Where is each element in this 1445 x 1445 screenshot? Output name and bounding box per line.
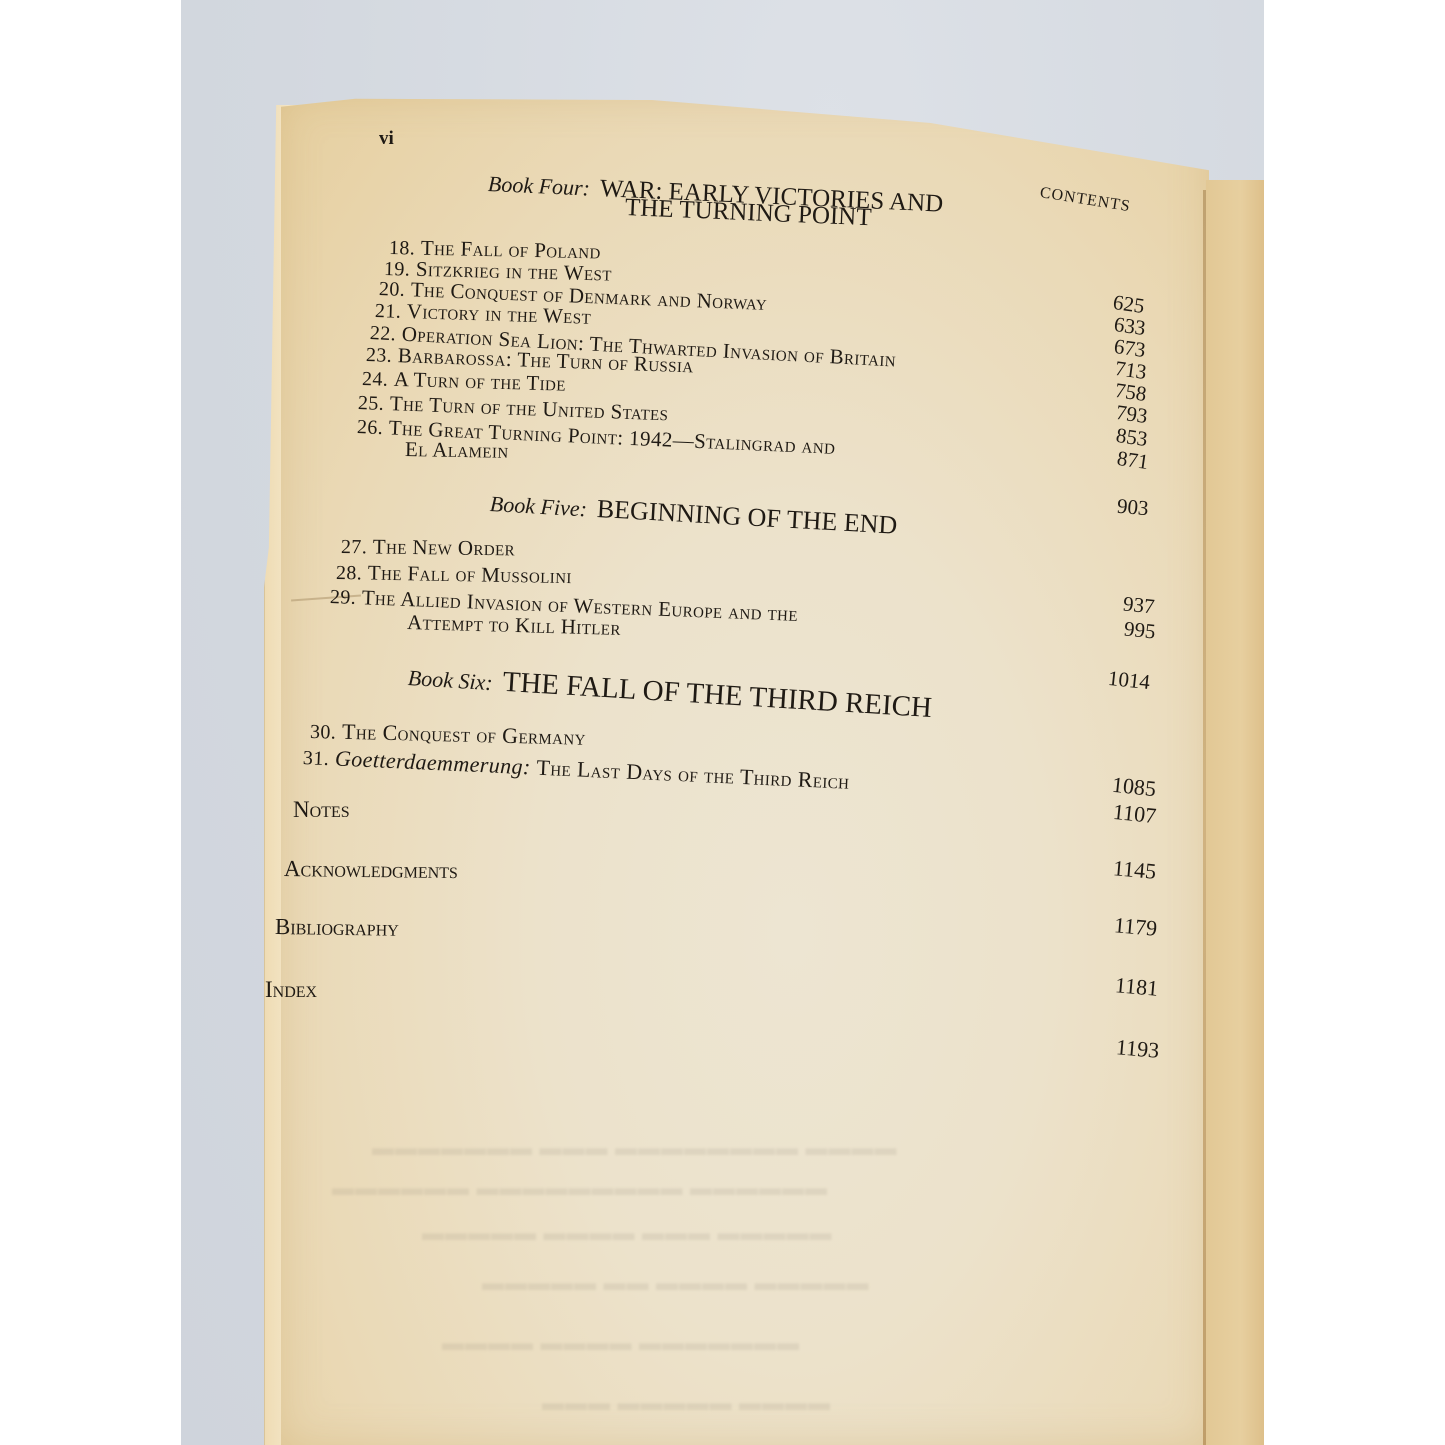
page-number: 1107	[1112, 799, 1158, 829]
page-number: 1145	[1112, 855, 1157, 885]
toc-entry-index[interactable]: Index	[265, 977, 317, 1003]
page-number: 1179	[1113, 912, 1158, 942]
book-gutter	[1203, 190, 1206, 1445]
toc-entry[interactable]: 27. The New Order	[341, 534, 515, 561]
show-through-text: ▬▬▬▬▬ ▬▬▬ ▬▬▬▬ ▬▬▬▬▬	[421, 1220, 832, 1246]
page-number: 871	[1115, 446, 1150, 475]
page-number: 1193	[1115, 1034, 1160, 1064]
toc-entry-cont: El Alamein	[405, 437, 509, 464]
book-label: Book Four:	[487, 171, 590, 201]
book-label: Book Six:	[407, 665, 493, 695]
show-through-text: ▬▬▬▬▬ ▬▬▬▬ ▬▬ ▬▬▬▬▬	[481, 1270, 869, 1296]
folio: vi	[379, 128, 394, 150]
toc-entry-notes[interactable]: Notes	[293, 797, 350, 823]
page-number: 1181	[1114, 972, 1159, 1002]
book-label: Book Five:	[489, 491, 587, 521]
toc-entry-acknowledgments[interactable]: Acknowledgments	[284, 856, 458, 884]
show-through-text: ▬▬▬▬▬▬ ▬▬▬▬▬▬▬▬▬ ▬▬▬▬▬▬	[331, 1175, 827, 1201]
page-number: 995	[1123, 616, 1157, 644]
show-through-text: ▬▬▬▬ ▬▬▬▬▬▬▬▬ ▬▬▬ ▬▬▬▬▬▬▬	[371, 1135, 897, 1161]
show-through-text: ▬▬▬▬▬▬▬ ▬▬▬▬ ▬▬▬▬	[441, 1330, 799, 1356]
page-number: 937	[1122, 591, 1156, 619]
page-number: 903	[1116, 494, 1150, 522]
page-number: 1085	[1111, 772, 1157, 802]
show-through-text: ▬▬▬▬ ▬▬▬▬▬ ▬▬▬	[541, 1390, 830, 1416]
toc-entry-bibliography[interactable]: Bibliography	[275, 914, 399, 942]
facing-page	[1206, 180, 1264, 1445]
page-number: 1014	[1107, 666, 1151, 695]
